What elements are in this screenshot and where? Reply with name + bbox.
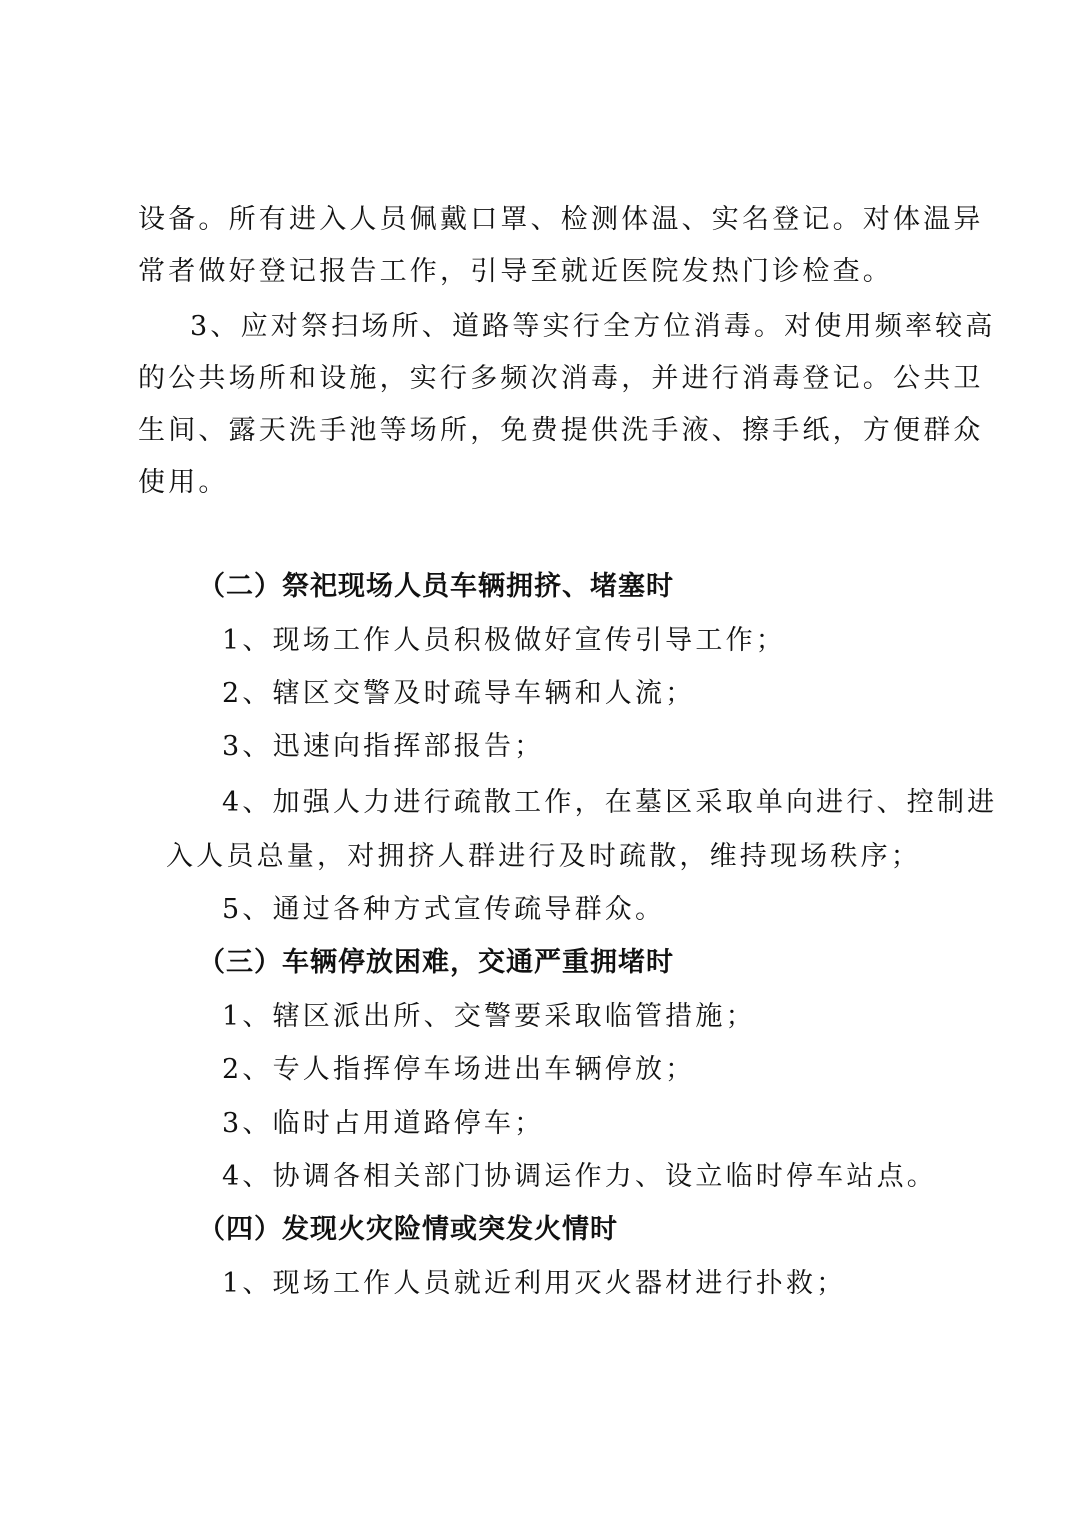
- list-item: 1、现场工作人员积极做好宣传引导工作；: [222, 624, 786, 658]
- section-heading: （四）发现火灾险情或突发火情时: [198, 1213, 618, 1247]
- paragraph-line: 生间、露天洗手池等场所，免费提供洗手液、擦手纸，方便群众: [138, 414, 984, 448]
- list-item: 2、辖区交警及时疏导车辆和人流；: [222, 677, 695, 711]
- list-item: 1、现场工作人员就近利用灭火器材进行扑救；: [222, 1267, 846, 1301]
- list-item: 入人员总量，对拥挤人群进行及时疏散，维持现场秩序；: [166, 840, 921, 874]
- list-item: 4、加强人力进行疏散工作，在墓区采取单向进行、控制进: [222, 786, 997, 820]
- list-item: 4、协调各相关部门协调运作力、设立临时停车站点。: [222, 1160, 937, 1194]
- paragraph-line: 3、应对祭扫场所、道路等实行全方位消毒。对使用频率较高: [190, 310, 996, 344]
- list-item: 5、通过各种方式宣传疏导群众。: [222, 893, 665, 927]
- paragraph-line: 的公共场所和设施，实行多频次消毒，并进行消毒登记。公共卫: [138, 362, 984, 396]
- section-heading: （二）祭祀现场人员车辆拥挤、堵塞时: [198, 570, 674, 604]
- list-item: 3、迅速向指挥部报告；: [222, 730, 544, 764]
- paragraph-line: 常者做好登记报告工作，引导至就近医院发热门诊检查。: [138, 255, 893, 289]
- list-item: 1、辖区派出所、交警要采取临管措施；: [222, 1000, 756, 1034]
- list-item: 2、专人指挥停车场进出车辆停放；: [222, 1053, 695, 1087]
- list-item: 3、临时占用道路停车；: [222, 1107, 544, 1141]
- section-heading: （三）车辆停放困难，交通严重拥堵时: [198, 946, 674, 980]
- paragraph-line: 设备。所有进入人员佩戴口罩、检测体温、实名登记。对体温异: [138, 203, 984, 237]
- paragraph-line: 使用。: [138, 466, 229, 500]
